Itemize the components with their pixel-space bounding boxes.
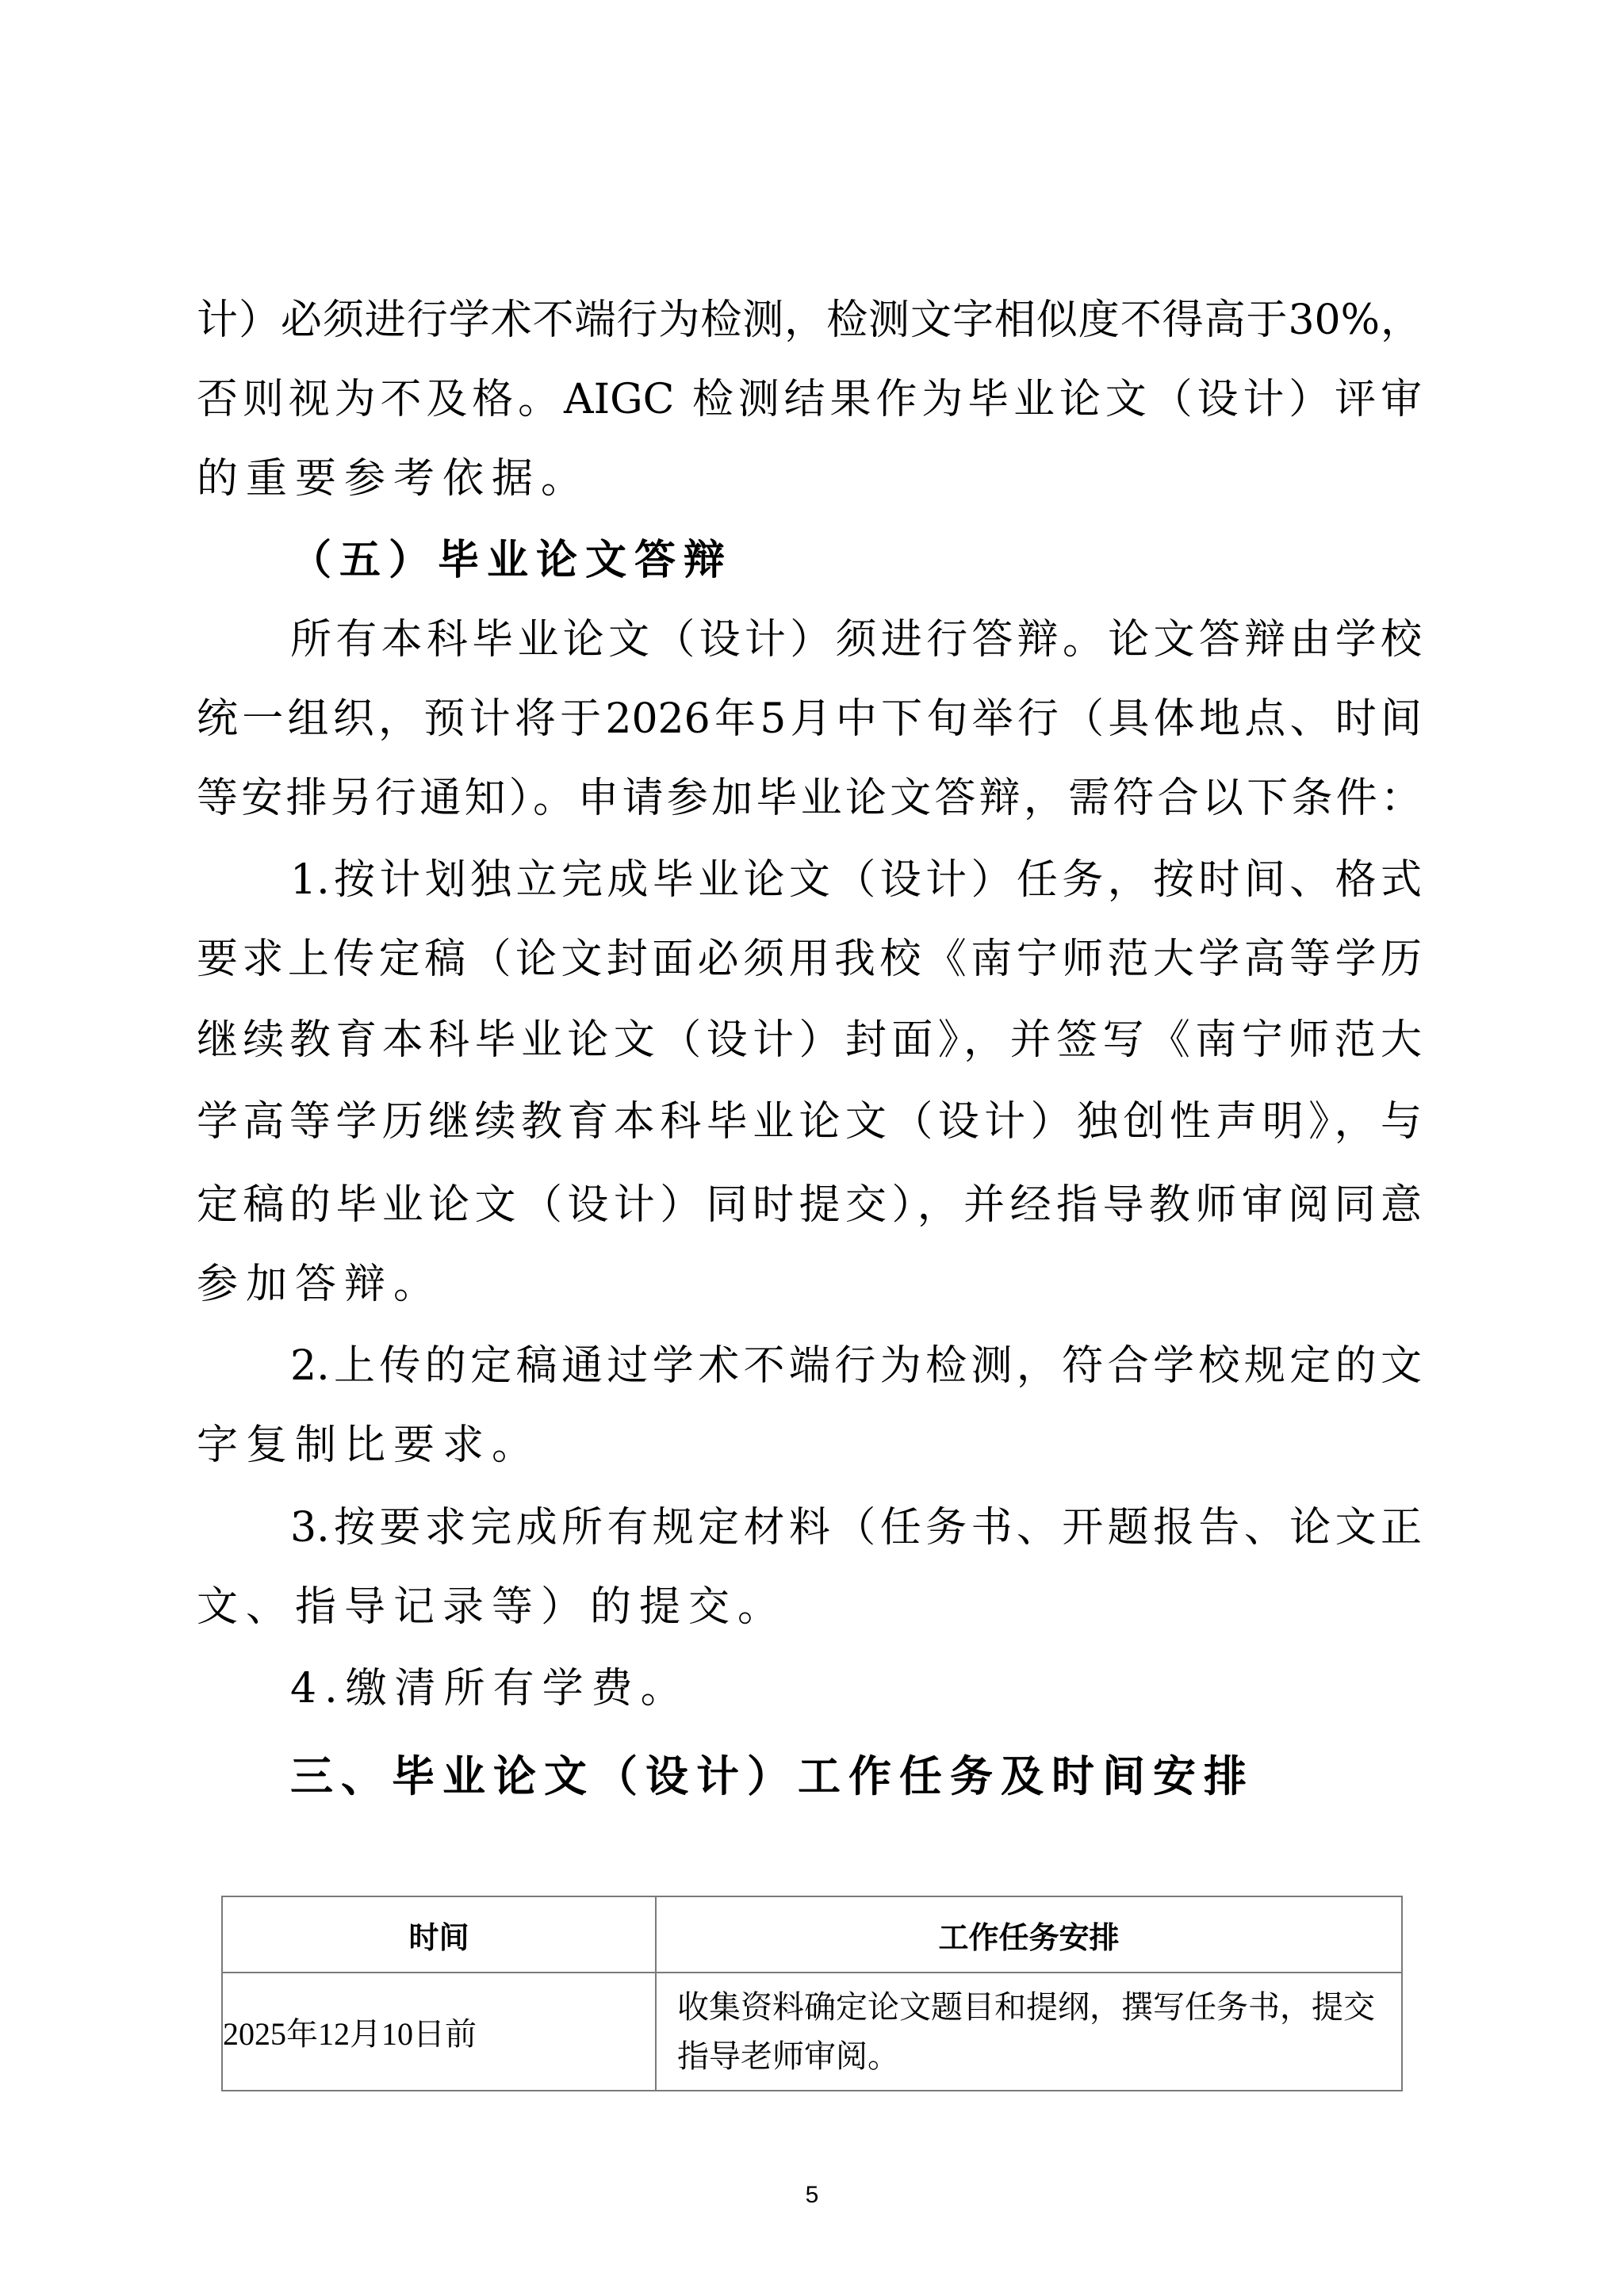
document-page: 计）必须进行学术不端行为检测，检测文字相似度不得高于30%， 否则视为不及格。A… xyxy=(0,0,1624,2296)
list-item-1-line: 定稿的毕业论文（设计）同时提交），并经指导教师审阅同意 xyxy=(197,1165,1422,1245)
paragraph-line: 等安排另行通知）。申请参加毕业论文答辩，需符合以下条件： xyxy=(197,759,1422,838)
table-cell-time: 2025年12月10日前 xyxy=(222,1973,656,2091)
list-item-3-line: 文、指导记录等）的提交。 xyxy=(197,1567,1422,1647)
paragraph-line: 所有本科毕业论文（设计）须进行答辩。论文答辩由学校 xyxy=(290,600,1422,679)
paragraph-line: 计）必须进行学术不端行为检测，检测文字相似度不得高于30%， xyxy=(197,281,1422,360)
table-row: 2025年12月10日前 收集资料确定论文题目和提纲，撰写任务书，提交指导老师审… xyxy=(222,1973,1402,2091)
list-item-1-line: 参加答辩。 xyxy=(197,1245,1422,1324)
list-item-1-line: 学高等学历继续教育本科毕业论文（设计）独创性声明》，与 xyxy=(197,1082,1422,1161)
list-item-2-line: 字复制比要求。 xyxy=(197,1406,1422,1485)
page-number: 5 xyxy=(0,2182,1624,2209)
table-header-row: 时间 工作任务安排 xyxy=(222,1896,1402,1973)
table-header-task: 工作任务安排 xyxy=(656,1896,1402,1973)
list-item-3-line: 3.按要求完成所有规定材料（任务书、开题报告、论文正 xyxy=(290,1488,1422,1567)
list-item-2-line: 2.上传的定稿通过学术不端行为检测，符合学校规定的文 xyxy=(290,1326,1422,1406)
paragraph-line: 统一组织，预计将于2026年5月中下旬举行（具体地点、时间 xyxy=(197,679,1422,759)
list-item-1-line: 要求上传定稿（论文封面必须用我校《南宁师范大学高等学历 xyxy=(197,920,1422,999)
list-item-1-line: 继续教育本科毕业论文（设计）封面》，并签写《南宁师范大 xyxy=(197,1001,1422,1080)
table-cell-task: 收集资料确定论文题目和提纲，撰写任务书，提交指导老师审阅。 xyxy=(656,1973,1402,2091)
list-item-1-line: 1.按计划独立完成毕业论文（设计）任务，按时间、格式 xyxy=(290,840,1422,920)
schedule-table: 时间 工作任务安排 2025年12月10日前 收集资料确定论文题目和提纲，撰写任… xyxy=(221,1896,1403,2091)
list-item-4-line: 4.缴清所有学费。 xyxy=(290,1649,690,1728)
paragraph-line: 否则视为不及格。AIGC 检测结果作为毕业论文（设计）评审 xyxy=(197,360,1422,439)
section-heading-schedule: 三、毕业论文（设计）工作任务及时间安排 xyxy=(290,1736,1254,1816)
paragraph-line: 的重要参考依据。 xyxy=(197,439,1422,519)
table-header-time: 时间 xyxy=(222,1896,656,1973)
subheading-defense: （五）毕业论文答辩 xyxy=(290,521,733,600)
